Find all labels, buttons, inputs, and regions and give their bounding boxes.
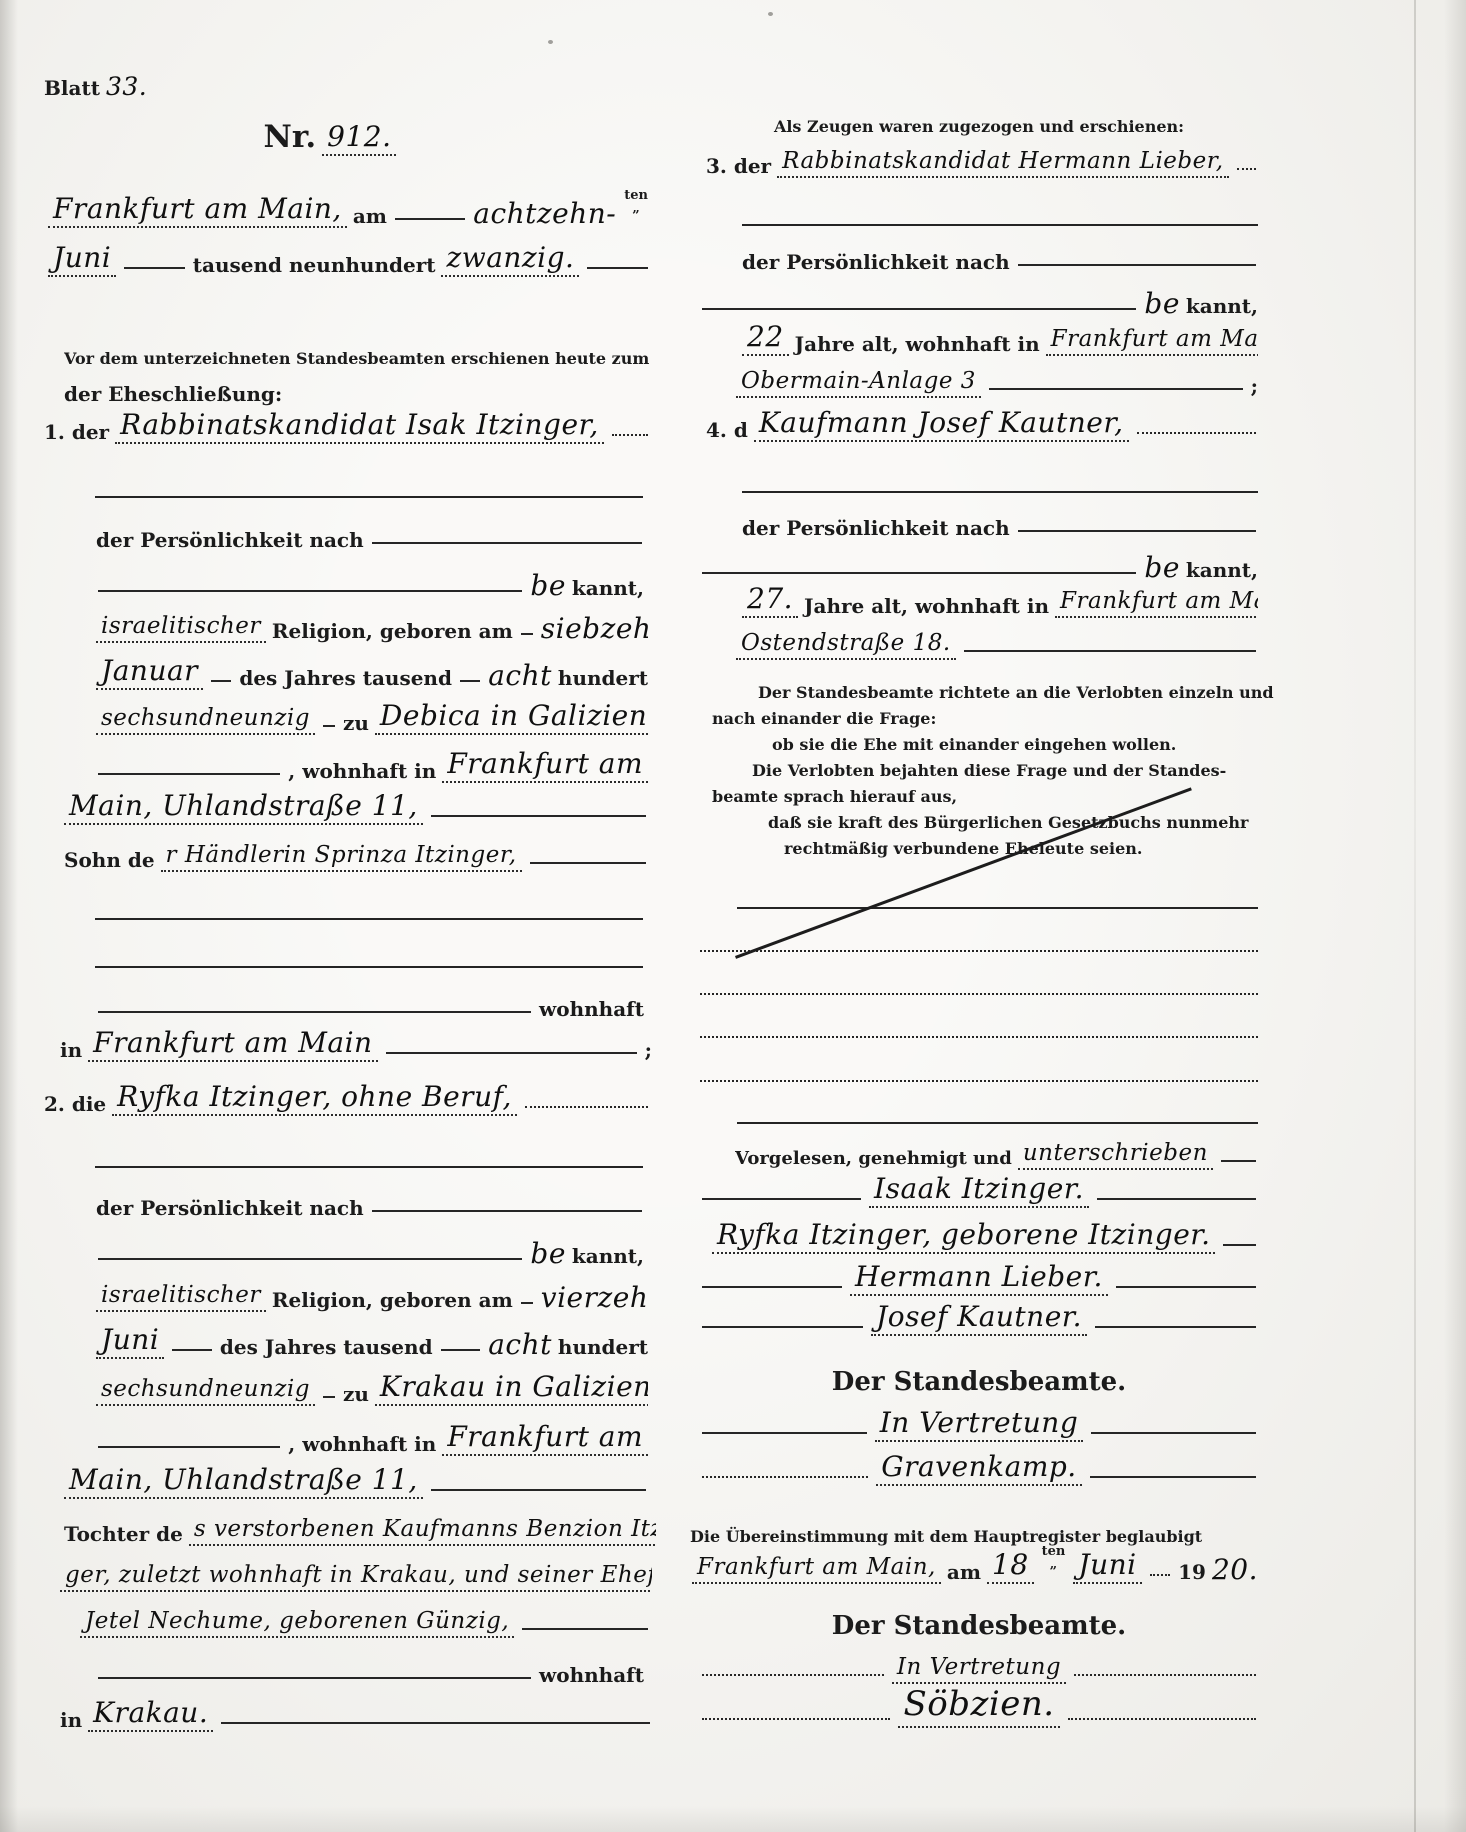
superscript-ten: ten„ (624, 189, 648, 216)
blank-line (702, 1198, 861, 1200)
groom-residence-line-1: , wohnhaft in Frankfurt am (96, 737, 648, 783)
bride-religion-line: israelitischer Religion, geboren am vier… (96, 1266, 648, 1312)
blank-line (521, 1302, 533, 1304)
blank-line (386, 1052, 637, 1054)
witness4-street-line: Ostendstraße 18. (736, 614, 1258, 660)
blank-line (1018, 530, 1256, 532)
witness4-name-entry: Kaufmann Josef Kautner, (754, 408, 1129, 442)
witness3-age-line: 22 Jahre alt, wohnhaft in Frankfurt am M… (742, 310, 1258, 356)
bride-parent-residence-line: in Krakau. (60, 1686, 652, 1732)
blank-rule (95, 496, 643, 498)
blank-line (211, 680, 231, 682)
be-entry: be (530, 1239, 566, 1268)
signature-bride-entry: Ryfka Itzinger, geborene Itzinger. (712, 1220, 1215, 1254)
witness3-age-entry: 22 (742, 322, 789, 356)
am-label: am (353, 205, 387, 228)
year-entry: zwanzig. (441, 243, 579, 277)
blank-rule (742, 491, 1258, 493)
ceremony-text-line-3: ob sie die Ehe mit einander eingehen wol… (772, 736, 1176, 754)
ceremony-text-line-7: rechtmäßig verbundene Eheleute seien. (784, 840, 1142, 858)
blank-line (1237, 168, 1256, 170)
deputy-signature-line-2: Söbzien. (700, 1672, 1258, 1728)
groom-parent-line: Sohn de r Händlerin Sprinza Itzinger, (64, 826, 648, 872)
year-printed: 19 (1178, 1561, 1206, 1584)
place-entry: Frankfurt am Main, (48, 194, 347, 228)
bride-residence-line-2: Main, Uhlandstraße 11, (64, 1453, 648, 1499)
bride-parent-line-2: ger, zuletzt wohnhaft in Krakau, und sei… (60, 1546, 652, 1592)
bride-residence-line-1: , wohnhaft in Frankfurt am (96, 1410, 648, 1456)
be-entry: be (530, 571, 566, 600)
blank-line (431, 815, 646, 817)
bride-residence-entry-2: Main, Uhlandstraße 11, (64, 1465, 423, 1499)
blank-line (521, 633, 533, 635)
groom-birthplace-line: sechsundneunzig zu Debica in Galizien (96, 689, 648, 735)
ceremony-text-line-1: Der Standesbeamte richtete an die Verlob… (758, 684, 1274, 702)
blank-line (702, 1718, 890, 1720)
superscript-ten: ten„ (1042, 1545, 1066, 1572)
blank-rule (700, 993, 1258, 995)
marriage-register-page: Blatt 33. Nr. 912. Frankfurt am Main, am… (0, 0, 1466, 1832)
blank-line (1150, 1574, 1171, 1576)
groom-identity-line: der Persönlichkeit nach (96, 506, 644, 552)
blank-line (612, 434, 648, 436)
blank-line (124, 267, 185, 269)
blank-line (964, 650, 1256, 652)
blank-line (1090, 1476, 1256, 1478)
ceremony-text-line-2: nach einander die Frage: (712, 710, 936, 728)
bride-parent-entry-1: s verstorbenen Kaufmanns Benzion Itzin- (189, 1517, 656, 1546)
sohn-de-label: Sohn de (64, 849, 155, 872)
groom-religion-line: israelitischer Religion, geboren am sieb… (96, 597, 648, 643)
date-line-1: Frankfurt am Main, am achtzehn- ten„ (48, 182, 650, 228)
bride-identity-line: der Persönlichkeit nach (96, 1174, 644, 1220)
blank-line (98, 773, 280, 775)
signature-bride: Ryfka Itzinger, geborene Itzinger. (712, 1208, 1258, 1254)
blatt-label: Blatt (44, 77, 100, 100)
blank-line (702, 1476, 868, 1478)
acht-entry: acht (488, 1330, 552, 1359)
bride-birthmonth-entry: Juni (96, 1325, 164, 1359)
date-line-2: Juni tausend neunhundert zwanzig. (48, 231, 650, 277)
blatt-value: 33. (106, 74, 147, 100)
bride-birthyear-line: Juni des Jahres tausend acht hundert (96, 1313, 648, 1359)
blank-rule (700, 1036, 1258, 1038)
groom-residence-entry-2: Main, Uhlandstraße 11, (64, 791, 423, 825)
witness3-line: 3. der Rabbinatskandidat Hermann Lieber, (706, 132, 1258, 178)
registrar-title: Der Standesbeamte. (700, 1352, 1258, 1398)
witness3-no: 3. der (706, 155, 771, 178)
am-label: am (947, 1561, 981, 1584)
day-entry: achtzehn- (473, 199, 616, 228)
witness4-age-entry: 27. (742, 584, 798, 618)
bride-birthday-entry: vierzehn- (541, 1283, 648, 1312)
blank-line (525, 1106, 648, 1108)
blank-line (221, 1722, 650, 1724)
in-vertretung-entry: In Vertretung (875, 1408, 1084, 1442)
blank-line (372, 542, 642, 544)
groom-parent-entry: r Händlerin Sprinza Itzinger, (161, 843, 522, 872)
certification-month-entry: Juni (1073, 1550, 1141, 1584)
tausend-label: tausend neunhundert (193, 254, 436, 277)
witness3-identity-line: der Persönlichkeit nach (742, 228, 1258, 274)
deputy-signature-entry: Gravenkamp. (876, 1452, 1081, 1486)
witness3-street-entry: Obermain-Anlage 3 (736, 369, 981, 398)
blank-line (587, 267, 648, 269)
witness4-street-entry: Ostendstraße 18. (736, 631, 956, 660)
certification-city-entry: Frankfurt am Main, (692, 1555, 941, 1584)
month-entry: Juni (48, 243, 116, 277)
blank-line (460, 680, 480, 682)
religion-entry: israelitischer (96, 614, 266, 643)
blank-line (702, 1326, 863, 1328)
bride-parent-entry-3: Jetel Nechume, geborenen Günzig, (80, 1609, 514, 1638)
blank-line (1068, 1718, 1256, 1720)
witness3-street-line: Obermain-Anlage 3 ; (736, 352, 1258, 398)
bride-parent-line-3: Jetel Nechume, geborenen Günzig, (80, 1592, 650, 1638)
blank-rule (737, 907, 1258, 909)
blank-line (530, 862, 646, 864)
tochter-de-label: Tochter de (64, 1523, 183, 1546)
signature-witness4-entry: Josef Kautner. (871, 1302, 1087, 1336)
signature-witness4: Josef Kautner. (700, 1290, 1258, 1336)
religion-entry: israelitischer (96, 1283, 266, 1312)
blank-line (1223, 1244, 1256, 1246)
bride-parent-residence-entry: Krakau. (88, 1698, 213, 1732)
page-fold-line (1414, 0, 1416, 1832)
blank-line (702, 1286, 842, 1288)
blank-line (395, 218, 465, 220)
blank-line (98, 1011, 531, 1013)
ceremony-text-line-6: daß sie kraft des Bürgerlichen Gesetzbuc… (768, 814, 1248, 832)
bride-no: 2. die (44, 1093, 106, 1116)
witness4-line: 4. d Kaufmann Josef Kautner, (706, 396, 1258, 442)
certification-day-entry: 18 (987, 1550, 1034, 1584)
blank-line (172, 1349, 212, 1351)
ceremony-text-line-4: Die Verlobten bejahten diese Frage und d… (752, 762, 1226, 780)
blank-line (98, 1258, 522, 1260)
groom-residence-entry-1: Frankfurt am (442, 749, 648, 783)
signature-groom-entry: Isaak Itzinger. (869, 1174, 1089, 1208)
deputy-signature-line: Gravenkamp. (700, 1440, 1258, 1486)
blank-line (98, 590, 522, 592)
blank-rule (742, 224, 1258, 226)
blank-line (989, 388, 1243, 390)
blank-line (1091, 1432, 1256, 1434)
sheet-number: Blatt 33. (44, 54, 264, 100)
groom-year-entry: sechsundneunzig (96, 706, 315, 735)
blank-rule (95, 1166, 643, 1168)
groom-residence-line-2: Main, Uhlandstraße 11, (64, 779, 648, 825)
groom-birthday-entry: siebzehn- (541, 614, 648, 643)
bride-line: 2. die Ryfka Itzinger, ohne Beruf, (44, 1070, 650, 1116)
scan-speck (548, 40, 553, 44)
kannt-label: kannt, (572, 1245, 644, 1268)
blank-line (98, 1446, 280, 1448)
blank-line (1018, 264, 1256, 266)
groom-line: 1. der Rabbinatskandidat Isak Itzinger, (44, 398, 650, 444)
bride-parent-entry-2: ger, zuletzt wohnhaft in Krakau, und sei… (60, 1563, 652, 1592)
blank-line (1116, 1286, 1256, 1288)
year-hw-entry: 20. (1212, 1555, 1258, 1584)
deputy-signature-entry-2: Söbzien. (898, 1687, 1059, 1728)
groom-birthplace-entry: Debica in Galizien (375, 701, 648, 735)
bride-residence-entry-1: Frankfurt am (442, 1422, 648, 1456)
blank-line (1097, 1198, 1256, 1200)
registrar-title-2: Der Standesbeamte. (700, 1596, 1258, 1642)
witness3-name-entry: Rabbinatskandidat Hermann Lieber, (777, 149, 1228, 178)
blank-line (323, 725, 335, 727)
witness4-age-line: 27. Jahre alt, wohnhaft in Frankfurt am … (742, 572, 1258, 618)
blank-rule (95, 918, 643, 920)
nr-label: Nr. (264, 120, 317, 156)
groom-no: 1. der (44, 421, 109, 444)
groom-bekannt-line: be kannt, (96, 554, 644, 600)
bride-wohnhaft-tail: wohnhaft (96, 1641, 644, 1687)
blank-line (702, 1432, 867, 1434)
ceremony-text-line-5: beamte sprach hierauf aus, (712, 788, 957, 806)
bride-birthplace-line: sechsundneunzig zu Krakau in Galizien (96, 1360, 648, 1406)
blank-rule (700, 950, 1258, 952)
groom-wohnhaft-tail: wohnhaft (96, 975, 644, 1021)
groom-parent-residence-entry: Frankfurt am Main (88, 1028, 377, 1062)
witness4-no: 4. d (706, 419, 748, 442)
record-number: Nr. 912. (150, 110, 510, 156)
certification-date-line: Frankfurt am Main, am 18 ten„ Juni 19 20… (692, 1538, 1258, 1584)
blank-rule (700, 1080, 1258, 1082)
bride-name-entry: Ryfka Itzinger, ohne Beruf, (112, 1082, 517, 1116)
acht-entry: acht (488, 661, 552, 690)
nr-value-entry: 912. (322, 122, 396, 156)
blank-line (1137, 432, 1256, 434)
witness4-identity-line: der Persönlichkeit nach (742, 494, 1258, 540)
blank-line (98, 1677, 531, 1679)
blank-line (522, 1628, 648, 1630)
bride-parent-line-1: Tochter de s verstorbenen Kaufmanns Benz… (64, 1500, 656, 1546)
witnesses-header: Als Zeugen waren zugezogen und erschiene… (700, 90, 1258, 136)
signature-groom: Isaak Itzinger. (700, 1162, 1258, 1208)
groom-birthmonth-entry: Januar (96, 656, 203, 690)
bride-birthplace-entry: Krakau in Galizien (375, 1372, 648, 1406)
blank-rule (95, 966, 643, 968)
blank-line (372, 1210, 642, 1212)
groom-name-entry: Rabbinatskandidat Isak Itzinger, (115, 410, 604, 444)
blank-line (431, 1489, 646, 1491)
groom-birthyear-line: Januar des Jahres tausend acht hundert (96, 644, 648, 690)
bride-year-entry: sechsundneunzig (96, 1377, 315, 1406)
blank-line (323, 1396, 335, 1398)
in-vertretung-line: In Vertretung (700, 1396, 1258, 1442)
blank-line (441, 1349, 481, 1351)
groom-parent-residence-line: in Frankfurt am Main ; (60, 1016, 652, 1062)
scan-speck (768, 12, 773, 16)
blank-line (1095, 1326, 1256, 1328)
bride-bekannt-line: be kannt, (96, 1222, 644, 1268)
